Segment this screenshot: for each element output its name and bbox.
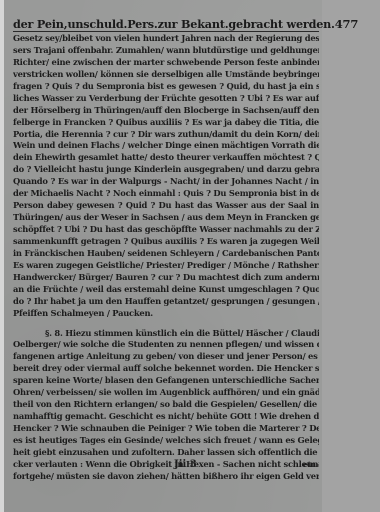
text-line: sammenkunfft getragen ? Quibus auxiliis … <box>13 236 319 248</box>
text-line: verstricken wollen/ können sie derselbig… <box>13 69 319 81</box>
text-line: do ? Vielleicht hastu junge Kinderlein a… <box>13 164 319 176</box>
text-line: an die Früchte / weil das erstemahl dein… <box>13 284 319 296</box>
page-edge-left <box>0 0 4 512</box>
paragraph-1: Gesetz sey/bleibet von vielen hundert Ja… <box>13 33 319 320</box>
text-line: felberge in Francken ? Quibus auxiliis ?… <box>13 117 319 129</box>
text-line: der Michaelis Nacht ? Noch einmahl : Qui… <box>13 188 319 200</box>
paragraph-gap <box>13 320 319 328</box>
catchword: ein- <box>303 460 319 469</box>
text-line: dein Ehewirth gesamlet hatte/ desto theu… <box>13 152 319 164</box>
text-line: fangenen artige Anleitung zu geben/ von … <box>13 351 319 363</box>
text-line: Richter/ eine zwischen der marter schweb… <box>13 57 319 69</box>
text-line: Quando ? Es war in der Walpurgs - Nacht/… <box>13 176 319 188</box>
text-line: der Hörselberg in Thüringen/auff den Blo… <box>13 105 319 117</box>
page-number: 477 <box>335 17 358 31</box>
text-line: namhafftig gemacht. Geschicht es nicht/ … <box>13 411 319 423</box>
text-line: bereit drey oder viermal auff solche bek… <box>13 363 319 375</box>
text-line: Person dabey gewesen ? Quid ? Du hast da… <box>13 200 319 212</box>
text-line: fragen ? Quis ? du Sempronia bist es gew… <box>13 81 319 93</box>
text-line: Oelberger/ wie solche die Studenten zu n… <box>13 339 319 351</box>
text-line: es ist heutiges Tages ein Gesinde/ welch… <box>13 435 319 447</box>
text-line: theil von den Richtern erlangen/ so bald… <box>13 399 319 411</box>
scanned-page: der Pein,unschuld.Pers.zur Bekant.gebrac… <box>0 0 380 512</box>
text-line: do ? Ihr habet ja um den Hauffen getantz… <box>13 296 319 308</box>
page-body: Gesetz sey/bleibet von vielen hundert Ja… <box>13 33 319 483</box>
text-line: Wein und deinen Flachs / welcher Dinge e… <box>13 140 319 152</box>
text-line: heit giebt einzusahen und zufoltern. Dah… <box>13 447 319 459</box>
text-line: liches Wasser zu Verderbung der Früchte … <box>13 93 319 105</box>
text-line: Es waren zugegen Geistliche/ Priester/ P… <box>13 260 319 272</box>
signature-mark: Jii 3 <box>174 459 197 470</box>
text-line: §. 8. Hiezu stimmen künstlich ein die Bü… <box>13 328 319 340</box>
text-line: fortgehe/ müsten sie davon ziehen/ hätte… <box>13 471 319 483</box>
running-header: der Pein,unschuld.Pers.zur Bekant.gebrac… <box>13 12 319 32</box>
text-line: Handwercker/ Bürger/ Bauren ? cur ? Du m… <box>13 272 319 284</box>
paragraph-2: §. 8. Hiezu stimmen künstlich ein die Bü… <box>13 328 319 483</box>
text-line: Ohren/ verbeissen/ sie wollen im Augenbl… <box>13 387 319 399</box>
page-margin-right <box>322 0 380 512</box>
text-line: Thüringen/ aus der Weser in Sachsen / au… <box>13 212 319 224</box>
text-line: Pfeiffen Schalmeyen / Paucken. <box>13 308 319 320</box>
text-line: in Fränckischen Hauben/ seidenen Schleye… <box>13 248 319 260</box>
text-line: sparen keine Worte/ blasen den Gefangene… <box>13 375 319 387</box>
text-line: Gesetz sey/bleibet von vielen hundert Ja… <box>13 33 319 45</box>
text-line: cker verlauten : Wenn die Obrigkeit in H… <box>13 459 319 471</box>
running-title: der Pein,unschuld.Pers.zur Bekant.gebrac… <box>13 17 335 31</box>
text-line: Portia, die Herennia ? cur ? Dir wars zu… <box>13 129 319 141</box>
text-line: schöpffet ? Ubi ? Du hast das geschöpfft… <box>13 224 319 236</box>
text-line: sers Trajani offenbahr. Zumahlen/ wann b… <box>13 45 319 57</box>
text-line: Hencker ? Wie schnauben die Peiniger ? W… <box>13 423 319 435</box>
